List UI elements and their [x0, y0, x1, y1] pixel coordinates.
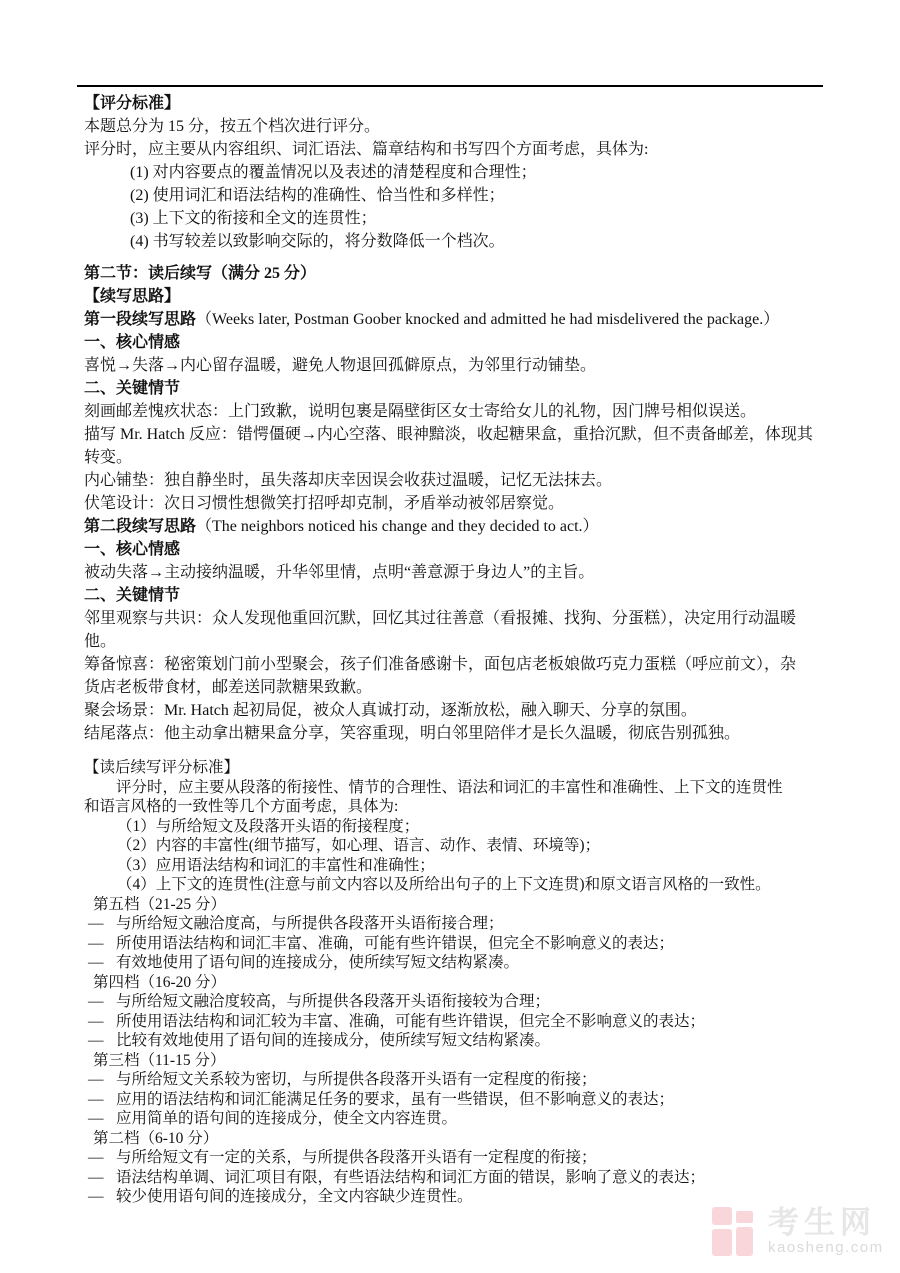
document-content: 【评分标准】本题总分为 15 分，按五个档次进行评分。评分时，应主要从内容组织、… — [84, 92, 830, 1207]
text-line: 第二档（6-10 分） — [84, 1129, 830, 1149]
text-line: 伏笔设计：次日习惯性想微笑打招呼却克制，矛盾举动被邻居察觉。 — [84, 492, 830, 515]
text-line: (3) 上下文的衔接和全文的连贯性； — [84, 207, 830, 230]
text-line: 刻画邮差愧疚状态：上门致歉，说明包裹是隔壁街区女士寄给女儿的礼物，因门牌号相似误… — [84, 400, 830, 423]
logo-block-bottom-left — [712, 1229, 732, 1256]
dash-text: 比较有效地使用了语句间的连接成分，使所续写短文结构紧凑。 — [116, 1031, 550, 1051]
dash-text: 语法结构单调、词汇项目有限，有些语法结构和词汇方面的错误，影响了意义的表达； — [116, 1168, 705, 1188]
text-line: 评分时，应主要从内容组织、词汇语法、篇章结构和书写四个方面考虑，具体为: — [84, 138, 830, 161]
text-line: （1）与所给短文及段落开头语的衔接程度； — [84, 817, 830, 837]
dash-bullet: — — [88, 1090, 116, 1110]
text-line: (1) 对内容要点的覆盖情况以及表述的清楚程度和合理性； — [84, 161, 830, 184]
text-line: —有效地使用了语句间的连接成分，使所续写短文结构紧凑。 — [84, 953, 830, 973]
logo-block-bottom-right — [736, 1227, 753, 1256]
dash-text: 与所给短文融洽度高，与所提供各段落开头语衔接合理； — [116, 914, 504, 934]
text-line: 第四档（16-20 分） — [84, 973, 830, 993]
text-line: 喜悦→失落→内心留存温暖，避免人物退回孤僻原点，为邻里行动铺垫。 — [84, 354, 830, 377]
text-line: 本题总分为 15 分，按五个档次进行评分。 — [84, 115, 830, 138]
logo-block-top-right — [736, 1211, 753, 1223]
dash-bullet: — — [88, 1168, 116, 1188]
text-line: 转变。 — [84, 446, 830, 469]
text-line: —与所给短文关系较为密切，与所提供各段落开头语有一定程度的衔接； — [84, 1070, 830, 1090]
dash-text: 与所给短文融洽度较高，与所提供各段落开头语衔接较为合理； — [116, 992, 550, 1012]
text-line: —应用简单的语句间的连接成分，使全文内容连贯。 — [84, 1109, 830, 1129]
text-line: (4) 书写较差以致影响交际的，将分数降低一个档次。 — [84, 230, 830, 253]
text-line: —所使用语法结构和词汇较为丰富、准确，可能有些许错误，但完全不影响意义的表达； — [84, 1012, 830, 1032]
watermark-text: 考生网 kaosheng.com — [768, 1205, 884, 1256]
text-line: 评分时，应主要从段落的衔接性、情节的合理性、语法和词汇的丰富性和准确性、上下文的… — [84, 778, 830, 798]
text-line: 聚会场景：Mr. Hatch 起初局促，被众人真诚打动，逐渐放松，融入聊天、分享… — [84, 699, 830, 722]
text-line: 第五档（21-25 分） — [84, 895, 830, 915]
dash-text: 应用简单的语句间的连接成分，使全文内容连贯。 — [116, 1109, 457, 1129]
text-line: —比较有效地使用了语句间的连接成分，使所续写短文结构紧凑。 — [84, 1031, 830, 1051]
dash-bullet: — — [88, 953, 116, 973]
text-line: 筹备惊喜：秘密策划门前小型聚会，孩子们准备感谢卡，面包店老板娘做巧克力蛋糕（呼应… — [84, 653, 830, 676]
paragraph-opening-sentence: （Weeks later, Postman Goober knocked and… — [196, 311, 779, 328]
text-line: 第一段续写思路（Weeks later, Postman Goober knoc… — [84, 308, 830, 331]
dash-bullet: — — [88, 934, 116, 954]
text-line: 二、关键情节 — [84, 377, 830, 400]
text-line: （2）内容的丰富性(细节描写，如心理、语言、动作、表情、环境等)； — [84, 836, 830, 856]
text-line: 和语言风格的一致性等几个方面考虑，具体为: — [84, 797, 830, 817]
text-line: (2) 使用词汇和语法结构的准确性、恰当性和多样性； — [84, 184, 830, 207]
dash-text: 所使用语法结构和词汇较为丰富、准确，可能有些许错误，但完全不影响意义的表达； — [116, 1012, 705, 1032]
text-line: 【续写思路】 — [84, 285, 830, 308]
dash-bullet: — — [88, 914, 116, 934]
paragraph-opening-sentence: （The neighbors noticed his change and th… — [196, 518, 599, 535]
kaosheng-logo-icon — [712, 1205, 758, 1257]
text-line: —较少使用语句间的连接成分，全文内容缺少连贯性。 — [84, 1187, 830, 1207]
dash-bullet: — — [88, 1187, 116, 1207]
section-summary-writing-rubric: 【评分标准】本题总分为 15 分，按五个档次进行评分。评分时，应主要从内容组织、… — [84, 92, 830, 745]
text-line: （4）上下文的连贯性(注意与前文内容以及所给出句子的上下文连贯)和原文语言风格的… — [84, 875, 830, 895]
text-line: —与所给短文融洽度高，与所提供各段落开头语衔接合理； — [84, 914, 830, 934]
header-rule — [77, 85, 823, 87]
text-line: —所使用语法结构和词汇丰富、准确，可能有些许错误，但完全不影响意义的表达； — [84, 934, 830, 954]
text-line: 一、核心情感 — [84, 331, 830, 354]
watermark-domain: kaosheng.com — [768, 1240, 884, 1256]
text-line: 【评分标准】 — [84, 92, 830, 115]
dash-bullet: — — [88, 1070, 116, 1090]
dash-text: 与所给短文有一定的关系，与所提供各段落开头语有一定程度的衔接； — [116, 1148, 597, 1168]
text-line: 二、关键情节 — [84, 584, 830, 607]
text-line: （3）应用语法结构和词汇的丰富性和准确性； — [84, 856, 830, 876]
text-line: 第二段续写思路（The neighbors noticed his change… — [84, 515, 830, 538]
dash-text: 与所给短文关系较为密切，与所提供各段落开头语有一定程度的衔接； — [116, 1070, 597, 1090]
paragraph-label: 第二段续写思路 — [84, 518, 196, 535]
paragraph-label: 第一段续写思路 — [84, 311, 196, 328]
dash-bullet: — — [88, 1109, 116, 1129]
dash-text: 有效地使用了语句间的连接成分，使所续写短文结构紧凑。 — [116, 953, 519, 973]
text-line: 他。 — [84, 630, 830, 653]
text-line: —应用的语法结构和词汇能满足任务的要求，虽有一些错误，但不影响意义的表达； — [84, 1090, 830, 1110]
text-line: 邻里观察与共识：众人发现他重回沉默，回忆其过往善意（看报摊、找狗、分蛋糕），决定… — [84, 607, 830, 630]
dash-bullet: — — [88, 1012, 116, 1032]
dash-bullet: — — [88, 1031, 116, 1051]
text-line: 【读后续写评分标准】 — [84, 758, 830, 778]
text-line: 第二节：读后续写（满分 25 分） — [84, 262, 830, 285]
text-line: 一、核心情感 — [84, 538, 830, 561]
text-line: 货店老板带食材，邮差送同款糖果致歉。 — [84, 676, 830, 699]
dash-text: 较少使用语句间的连接成分，全文内容缺少连贯性。 — [116, 1187, 473, 1207]
text-line: 内心铺垫：独自静坐时，虽失落却庆幸因误会收获过温暖，记忆无法抹去。 — [84, 469, 830, 492]
text-line: 结尾落点：他主动拿出糖果盒分享，笑容重现，明白邻里陪伴才是长久温暖，彻底告别孤独… — [84, 722, 830, 745]
dash-text: 应用的语法结构和词汇能满足任务的要求，虽有一些错误，但不影响意义的表达； — [116, 1090, 674, 1110]
watermark-brand: 考生网 — [768, 1205, 884, 1240]
dash-bullet: — — [88, 992, 116, 1012]
text-line: —语法结构单调、词汇项目有限，有些语法结构和词汇方面的错误，影响了意义的表达； — [84, 1168, 830, 1188]
kaosheng-watermark: 考生网 kaosheng.com — [712, 1205, 884, 1257]
text-line: 描写 Mr. Hatch 反应：错愕僵硬→内心空落、眼神黯淡，收起糖果盒，重拾沉… — [84, 423, 830, 446]
text-line: —与所给短文融洽度较高，与所提供各段落开头语衔接较为合理； — [84, 992, 830, 1012]
document-page: 【评分标准】本题总分为 15 分，按五个档次进行评分。评分时，应主要从内容组织、… — [0, 0, 900, 1273]
text-line: 被动失落→主动接纳温暖，升华邻里情，点明“善意源于身边人”的主旨。 — [84, 561, 830, 584]
text-line: —与所给短文有一定的关系，与所提供各段落开头语有一定程度的衔接； — [84, 1148, 830, 1168]
text-line: 第三档（11-15 分） — [84, 1051, 830, 1071]
section-continuation-writing-rubric: 【读后续写评分标准】评分时，应主要从段落的衔接性、情节的合理性、语法和词汇的丰富… — [84, 758, 830, 1207]
dash-bullet: — — [88, 1148, 116, 1168]
dash-text: 所使用语法结构和词汇丰富、准确，可能有些许错误，但完全不影响意义的表达； — [116, 934, 674, 954]
logo-block-top-left — [712, 1207, 732, 1225]
